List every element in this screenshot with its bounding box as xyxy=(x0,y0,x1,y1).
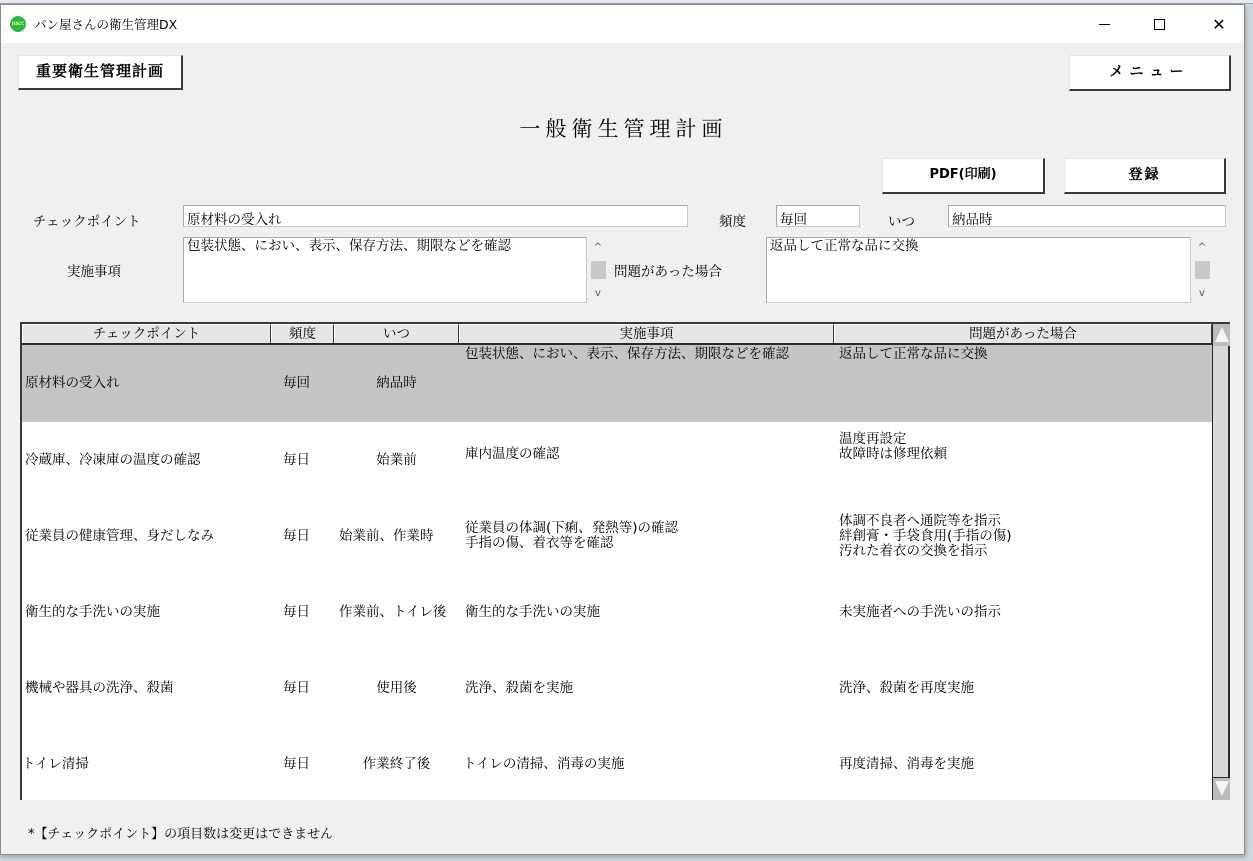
cell-problem-line: 汚れた着衣の交換を指示 xyxy=(834,544,1212,559)
cell-action-line: 従業員の体調(下痢、発熱等)の確認 xyxy=(459,521,834,536)
register-button[interactable]: 登録 xyxy=(1064,158,1226,194)
cell-frequency: 毎日 xyxy=(271,529,310,544)
page-title: 一般衛生管理計画 xyxy=(1,113,1246,143)
grid-scrollbar[interactable] xyxy=(1212,324,1230,800)
cell-action: 庫内温度の確認 xyxy=(459,447,560,462)
scroll-down-icon[interactable]: v xyxy=(1194,287,1210,301)
footnote: *【チェックポイント】の項目数は変更はできません xyxy=(28,823,333,842)
table-row[interactable]: 衛生的な手洗いの実施 毎日 作業前、トイレ後 衛生的な手洗いの実施 未実施者への… xyxy=(22,574,1212,650)
action-label: 実施事項 xyxy=(67,260,121,280)
cell-frequency: 毎回 xyxy=(271,376,310,391)
action-scrollbar[interactable]: ^ v xyxy=(590,241,606,301)
scroll-down-icon[interactable]: v xyxy=(590,287,606,301)
action-textarea[interactable]: 包装状態、におい、表示、保存方法、期限などを確認 xyxy=(183,237,587,303)
cell-frequency: 毎日 xyxy=(271,605,310,620)
maximize-button[interactable] xyxy=(1136,5,1182,43)
grid-scroll-down-button[interactable] xyxy=(1213,778,1230,800)
hygiene-plan-grid: チェックポイント 頻度 いつ 実施事項 問題があった場合 原材料の受入れ 毎回 … xyxy=(20,322,1230,800)
cell-problem: 洗浄、殺菌を再度実施 xyxy=(834,681,974,696)
close-button[interactable]: ✕ xyxy=(1196,5,1242,43)
cell-problem-line: 絆創膏・手袋食用(手指の傷) xyxy=(834,529,1212,544)
table-row[interactable]: 機械や器具の洗浄、殺菌 毎日 使用後 洗浄、殺菌を実施 洗浄、殺菌を再度実施 xyxy=(22,650,1212,726)
cell-action-line: 手指の傷、着衣等を確認 xyxy=(459,536,834,551)
cell-problem-line: 故障時は修理依頼 xyxy=(834,447,1212,462)
menu-button[interactable]: メニュー xyxy=(1069,55,1231,91)
column-header-when[interactable]: いつ xyxy=(334,324,459,343)
close-icon: ✕ xyxy=(1212,15,1225,34)
column-header-action[interactable]: 実施事項 xyxy=(459,324,834,343)
cell-checkpoint: 冷蔵庫、冷凍庫の温度の確認 xyxy=(22,453,201,468)
cell-frequency: 毎日 xyxy=(271,757,310,772)
problem-textarea[interactable]: 返品して正常な品に交換 xyxy=(766,237,1191,303)
grid-scroll-up-button[interactable] xyxy=(1213,324,1230,346)
cell-when: 始業前、作業時 xyxy=(334,529,434,544)
cell-problem-line: 体調不良者へ通院等を指示 xyxy=(834,514,1212,529)
problem-label: 問題があった場合 xyxy=(614,260,722,280)
column-header-problem[interactable]: 問題があった場合 xyxy=(834,324,1212,343)
cell-problem: 未実施者への手洗いの指示 xyxy=(834,605,1001,620)
grid-header: チェックポイント 頻度 いつ 実施事項 問題があった場合 xyxy=(22,324,1212,345)
cell-problem: 返品して正常な品に交換 xyxy=(834,346,988,362)
pdf-print-button[interactable]: PDF(印刷) xyxy=(882,158,1045,194)
cell-action: トイレの清掃、消毒の実施 xyxy=(459,757,624,772)
cell-checkpoint: 衛生的な手洗いの実施 xyxy=(22,605,160,620)
app-window: HACC パン屋さんの衛生管理DX ✕ 重要衛生管理計画 メニュー 一般衛生管理… xyxy=(0,4,1245,855)
scroll-up-icon[interactable]: ^ xyxy=(1194,241,1210,255)
table-row[interactable]: トイレ清掃 毎日 作業終了後 トイレの清掃、消毒の実施 再度清掃、消毒を実施 xyxy=(22,726,1212,800)
cell-frequency: 毎日 xyxy=(271,681,310,696)
problem-scrollbar[interactable]: ^ v xyxy=(1194,241,1210,301)
when-label: いつ xyxy=(888,210,915,230)
table-row[interactable]: 冷蔵庫、冷凍庫の温度の確認 毎日 始業前 庫内温度の確認 温度再設定 故障時は修… xyxy=(22,422,1212,498)
scroll-thumb[interactable] xyxy=(1195,261,1210,279)
cell-action: 洗浄、殺菌を実施 xyxy=(459,681,573,696)
cell-action: 包装状態、におい、表示、保存方法、期限などを確認 xyxy=(459,346,789,362)
cell-problem: 再度清掃、消毒を実施 xyxy=(834,757,974,772)
checkpoint-label: チェックポイント xyxy=(33,210,141,230)
cell-problem-line: 温度再設定 xyxy=(834,432,1212,447)
scroll-up-icon[interactable]: ^ xyxy=(590,241,606,255)
frequency-label: 頻度 xyxy=(719,210,746,230)
column-header-checkpoint[interactable]: チェックポイント xyxy=(22,324,271,343)
when-input[interactable]: 納品時 xyxy=(948,205,1226,227)
table-row[interactable]: 従業員の健康管理、身だしなみ 毎日 始業前、作業時 従業員の体調(下痢、発熱等)… xyxy=(22,498,1212,574)
cell-checkpoint: トイレ清掃 xyxy=(22,757,89,772)
title-bar: HACC パン屋さんの衛生管理DX ✕ xyxy=(1,5,1244,43)
cell-when: 始業前 xyxy=(376,453,417,468)
cell-checkpoint: 従業員の健康管理、身だしなみ xyxy=(22,529,214,544)
cell-checkpoint: 機械や器具の洗浄、殺菌 xyxy=(22,681,174,696)
grid-body: 原材料の受入れ 毎回 納品時 包装状態、におい、表示、保存方法、期限などを確認 … xyxy=(22,345,1212,800)
cell-frequency: 毎日 xyxy=(271,453,310,468)
scroll-thumb[interactable] xyxy=(591,261,606,279)
cell-when: 使用後 xyxy=(376,681,417,696)
minimize-button[interactable] xyxy=(1081,5,1127,43)
column-header-frequency[interactable]: 頻度 xyxy=(271,324,334,343)
minimize-icon xyxy=(1099,24,1110,25)
checkpoint-input[interactable]: 原材料の受入れ xyxy=(183,205,688,227)
cell-when: 納品時 xyxy=(376,376,417,391)
triangle-up-icon xyxy=(1215,327,1229,342)
triangle-down-icon xyxy=(1215,781,1229,796)
window-title: パン屋さんの衛生管理DX xyxy=(34,15,177,33)
cell-when: 作業前、トイレ後 xyxy=(334,605,446,620)
cell-when: 作業終了後 xyxy=(363,757,431,772)
grid-scroll-thumb[interactable] xyxy=(1213,346,1229,778)
frequency-input[interactable]: 毎回 xyxy=(776,205,860,227)
maximize-icon xyxy=(1154,19,1165,30)
cell-action: 衛生的な手洗いの実施 xyxy=(459,605,600,620)
table-row[interactable]: 原材料の受入れ 毎回 納品時 包装状態、におい、表示、保存方法、期限などを確認 … xyxy=(22,345,1212,422)
app-logo-icon: HACC xyxy=(10,16,26,32)
critical-hygiene-plan-button[interactable]: 重要衛生管理計画 xyxy=(18,55,183,90)
cell-checkpoint: 原材料の受入れ xyxy=(22,376,120,391)
